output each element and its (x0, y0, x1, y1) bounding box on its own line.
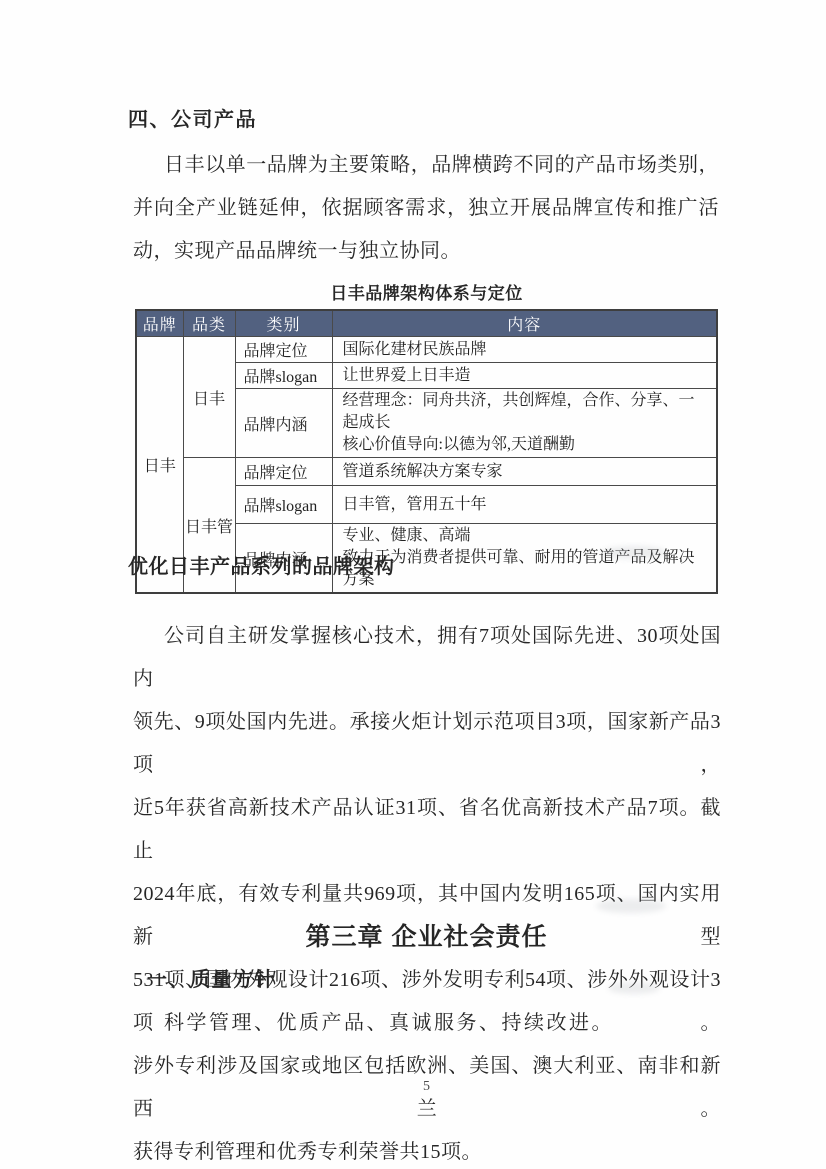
column-header-content: 内容 (332, 310, 717, 337)
content-cell: 让世界爱上日丰造 (332, 363, 717, 389)
paragraph-line: 获得专利管理和优秀专利荣誉共15项。 (133, 1131, 721, 1169)
document-page: 四、公司产品 日丰以单一品牌为主要策略，品牌横跨不同的产品市场类别， 并向全产业… (0, 0, 826, 1169)
content-cell: 日丰管，管用五十年 (332, 486, 717, 524)
column-header-type: 类别 (235, 310, 332, 337)
paragraph-brand-strategy: 日丰以单一品牌为主要策略，品牌横跨不同的产品市场类别， 并向全产业链延伸，依据顾… (133, 144, 719, 273)
type-cell: 品牌定位 (235, 458, 332, 486)
type-cell: 品牌定位 (235, 337, 332, 363)
category-cell: 日丰 (183, 337, 235, 458)
type-cell: 品牌slogan (235, 363, 332, 389)
paragraph-line: 动，实现产品品牌统一与独立协同。 (133, 230, 719, 273)
subheading-brand-architecture: 优化日丰产品系列的品牌架构 (128, 550, 395, 579)
quality-policy-text: 科学管理、优质产品、真诚服务、持续改进。 (164, 1006, 614, 1035)
table-row: 日丰管 品牌定位 管道系统解决方案专家 (136, 458, 717, 486)
type-cell: 品牌内涵 (235, 389, 332, 458)
type-cell: 品牌slogan (235, 486, 332, 524)
chapter-heading-social-responsibility: 第三章 企业社会责任 (135, 917, 718, 953)
content-line: 致力于为消费者提供可靠、耐用的管道产品及解决方案 (343, 547, 711, 591)
table-row: 日丰 日丰 品牌定位 国际化建材民族品牌 (136, 337, 717, 363)
column-header-brand: 品牌 (136, 310, 183, 337)
paragraph-line: 并向全产业链延伸，依据顾客需求，独立开展品牌宣传和推广活 (133, 187, 719, 230)
content-cell: 管道系统解决方案专家 (332, 458, 717, 486)
page-number: 5 (135, 1079, 718, 1095)
column-header-category: 品类 (183, 310, 235, 337)
content-line: 核心价值导向:以德为邻,天道酬勤 (343, 434, 711, 456)
table-title: 日丰品牌架构体系与定位 (135, 279, 718, 304)
content-line: 专业、健康、高端 (343, 525, 711, 547)
table-header-row: 品牌 品类 类别 内容 (136, 310, 717, 337)
paragraph-line: 领先、9项处国内先进。承接火炬计划示范项目3项，国家新产品3项， (133, 701, 721, 787)
content-cell: 经营理念：同舟共济，共创辉煌，合作、分享、一起成长 核心价值导向:以德为邻,天道… (332, 389, 717, 458)
paragraph-line: 日丰以单一品牌为主要策略，品牌横跨不同的产品市场类别， (133, 144, 719, 187)
section-heading-quality-policy: 一、质量方针 (147, 963, 276, 992)
section-heading-company-products: 四、公司产品 (128, 103, 257, 132)
paragraph-line: 近5年获省高新技术产品认证31项、省名优高新技术产品7项。截止 (133, 787, 721, 873)
content-line: 经营理念：同舟共济，共创辉煌，合作、分享、一起成长 (343, 390, 711, 434)
content-cell: 国际化建材民族品牌 (332, 337, 717, 363)
paragraph-line: 公司自主研发掌握核心技术，拥有7项处国际先进、30项处国内 (133, 615, 721, 701)
